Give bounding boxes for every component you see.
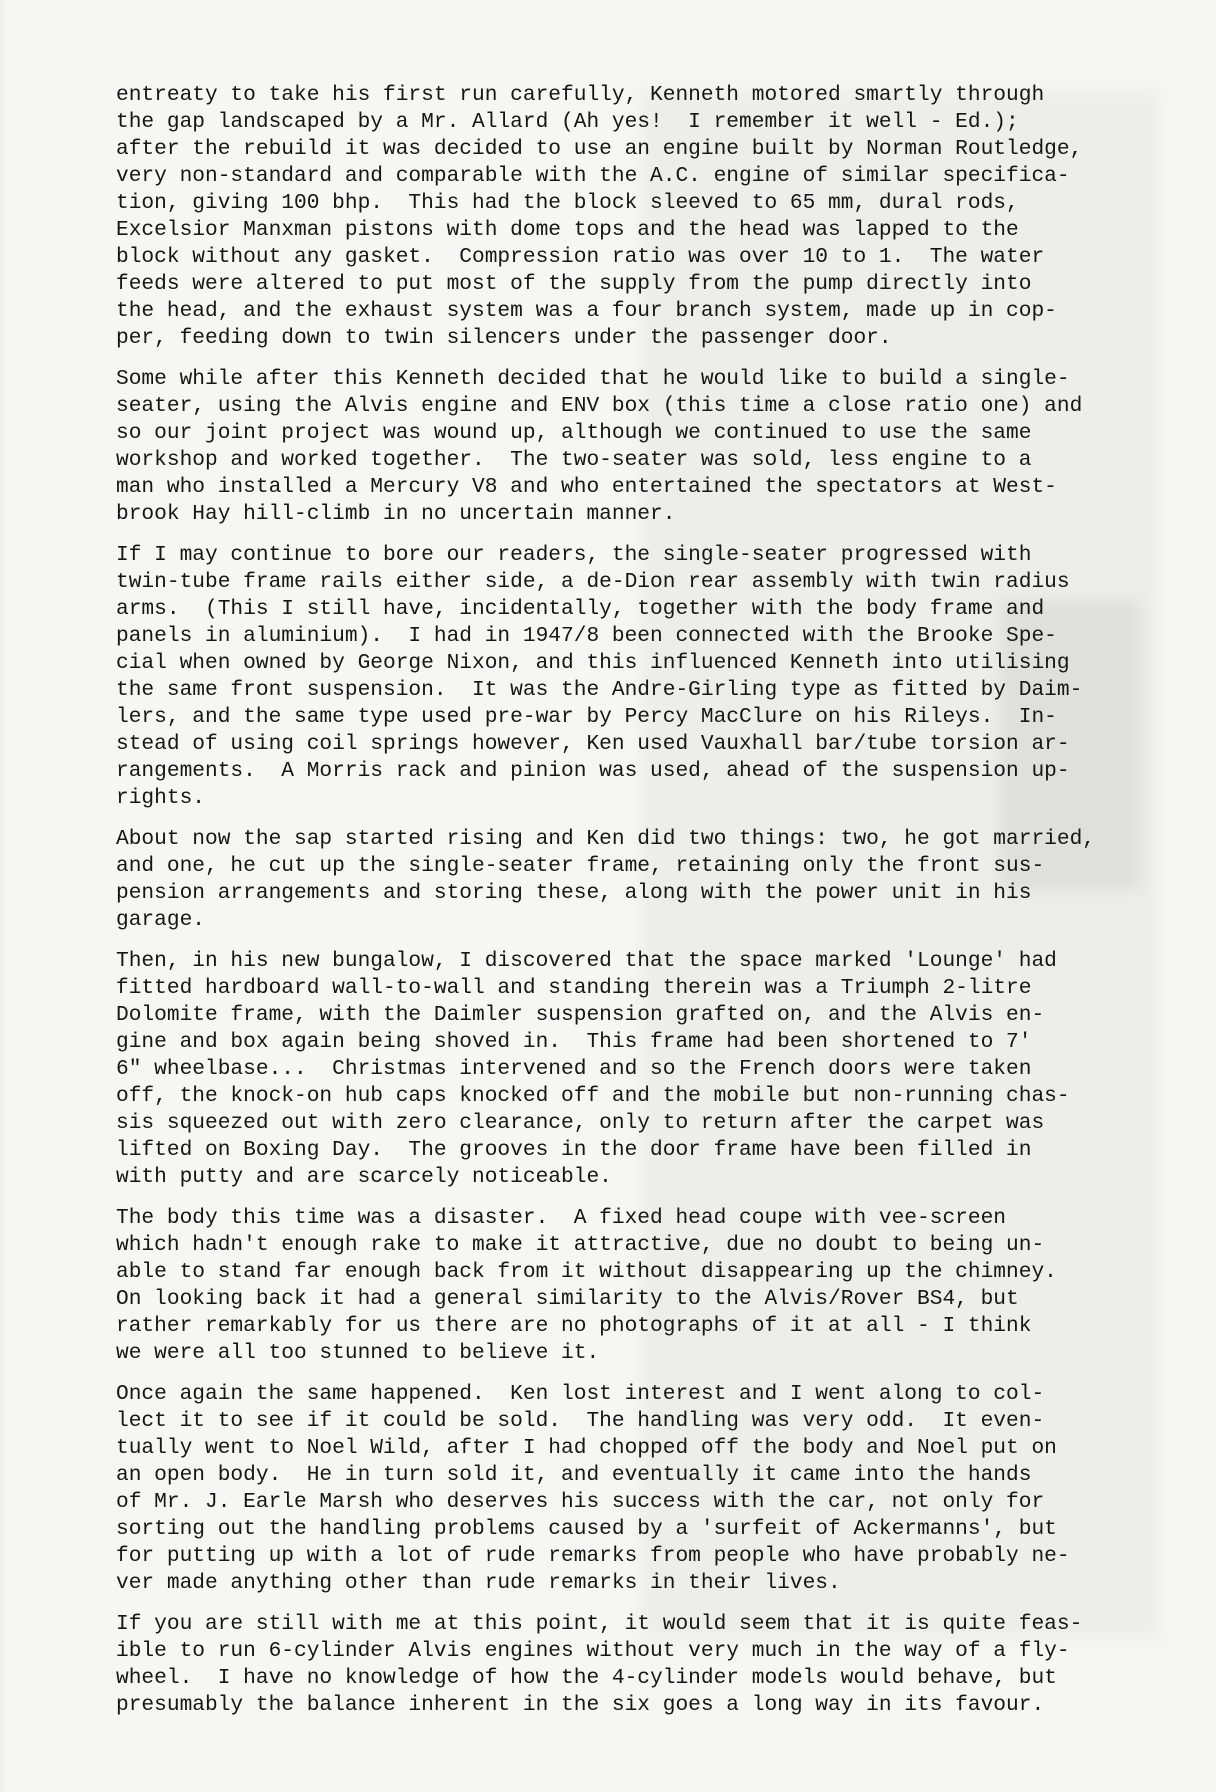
paragraph: If I may continue to bore our readers, t… (116, 542, 1152, 812)
text-line: of Mr. J. Earle Marsh who deserves his s… (116, 1489, 1152, 1516)
text-line: Once again the same happened. Ken lost i… (116, 1381, 1152, 1408)
text-line: per, feeding down to twin silencers unde… (116, 325, 1152, 352)
text-line: with putty and are scarcely noticeable. (116, 1164, 1152, 1191)
text-line: for putting up with a lot of rude remark… (116, 1543, 1152, 1570)
text-line: able to stand far enough back from it wi… (116, 1259, 1152, 1286)
text-line: ible to run 6-cylinder Alvis engines wit… (116, 1638, 1152, 1665)
text-line: lers, and the same type used pre-war by … (116, 704, 1152, 731)
text-line: arms. (This I still have, incidentally, … (116, 596, 1152, 623)
text-line: very non-standard and comparable with th… (116, 163, 1152, 190)
text-line: brook Hay hill-climb in no uncertain man… (116, 501, 1152, 528)
text-line: garage. (116, 907, 1152, 934)
text-line: after the rebuild it was decided to use … (116, 136, 1152, 163)
text-line: Then, in his new bungalow, I discovered … (116, 948, 1152, 975)
text-line: fitted hardboard wall-to-wall and standi… (116, 975, 1152, 1002)
text-line: block without any gasket. Compression ra… (116, 244, 1152, 271)
paragraph: If you are still with me at this point, … (116, 1611, 1152, 1719)
text-line: which hadn't enough rake to make it attr… (116, 1232, 1152, 1259)
text-line: twin-tube frame rails either side, a de-… (116, 569, 1152, 596)
text-line: About now the sap started rising and Ken… (116, 826, 1152, 853)
text-line: entreaty to take his first run carefully… (116, 82, 1152, 109)
paragraph: Once again the same happened. Ken lost i… (116, 1381, 1152, 1597)
paragraph: entreaty to take his first run carefully… (116, 82, 1152, 352)
text-line: tion, giving 100 bhp. This had the block… (116, 190, 1152, 217)
text-line: 6" wheelbase... Christmas intervened and… (116, 1056, 1152, 1083)
text-line: rights. (116, 785, 1152, 812)
text-line: ver made anything other than rude remark… (116, 1570, 1152, 1597)
paragraph: Some while after this Kenneth decided th… (116, 366, 1152, 528)
text-line: cial when owned by George Nixon, and thi… (116, 650, 1152, 677)
text-line: seater, using the Alvis engine and ENV b… (116, 393, 1152, 420)
text-line: If you are still with me at this point, … (116, 1611, 1152, 1638)
text-line: sorting out the handling problems caused… (116, 1516, 1152, 1543)
text-line: so our joint project was wound up, altho… (116, 420, 1152, 447)
text-line: Dolomite frame, with the Daimler suspens… (116, 1002, 1152, 1029)
text-line: rather remarkably for us there are no ph… (116, 1313, 1152, 1340)
text-line: the gap landscaped by a Mr. Allard (Ah y… (116, 109, 1152, 136)
text-line: workshop and worked together. The two-se… (116, 447, 1152, 474)
text-line: feeds were altered to put most of the su… (116, 271, 1152, 298)
text-line: off, the knock-on hub caps knocked off a… (116, 1083, 1152, 1110)
paragraph: About now the sap started rising and Ken… (116, 826, 1152, 934)
text-line: tually went to Noel Wild, after I had ch… (116, 1435, 1152, 1462)
text-line: wheel. I have no knowledge of how the 4-… (116, 1665, 1152, 1692)
text-line: an open body. He in turn sold it, and ev… (116, 1462, 1152, 1489)
text-line: lifted on Boxing Day. The grooves in the… (116, 1137, 1152, 1164)
text-line: Excelsior Manxman pistons with dome tops… (116, 217, 1152, 244)
text-line: pension arrangements and storing these, … (116, 880, 1152, 907)
text-line: lect it to see if it could be sold. The … (116, 1408, 1152, 1435)
text-line: the same front suspension. It was the An… (116, 677, 1152, 704)
text-line: panels in aluminium). I had in 1947/8 be… (116, 623, 1152, 650)
text-line: we were all too stunned to believe it. (116, 1340, 1152, 1367)
text-line: On looking back it had a general similar… (116, 1286, 1152, 1313)
paragraph: The body this time was a disaster. A fix… (116, 1205, 1152, 1367)
text-line: man who installed a Mercury V8 and who e… (116, 474, 1152, 501)
text-line: and one, he cut up the single-seater fra… (116, 853, 1152, 880)
text-line: the head, and the exhaust system was a f… (116, 298, 1152, 325)
text-line: sis squeezed out with zero clearance, on… (116, 1110, 1152, 1137)
text-line: stead of using coil springs however, Ken… (116, 731, 1152, 758)
article-body: entreaty to take his first run carefully… (116, 82, 1152, 1733)
text-line: The body this time was a disaster. A fix… (116, 1205, 1152, 1232)
paragraph: Then, in his new bungalow, I discovered … (116, 948, 1152, 1191)
text-line: gine and box again being shoved in. This… (116, 1029, 1152, 1056)
text-line: If I may continue to bore our readers, t… (116, 542, 1152, 569)
text-line: rangements. A Morris rack and pinion was… (116, 758, 1152, 785)
scanned-page: entreaty to take his first run carefully… (0, 0, 1216, 1792)
text-line: presumably the balance inherent in the s… (116, 1692, 1152, 1719)
text-line: Some while after this Kenneth decided th… (116, 366, 1152, 393)
